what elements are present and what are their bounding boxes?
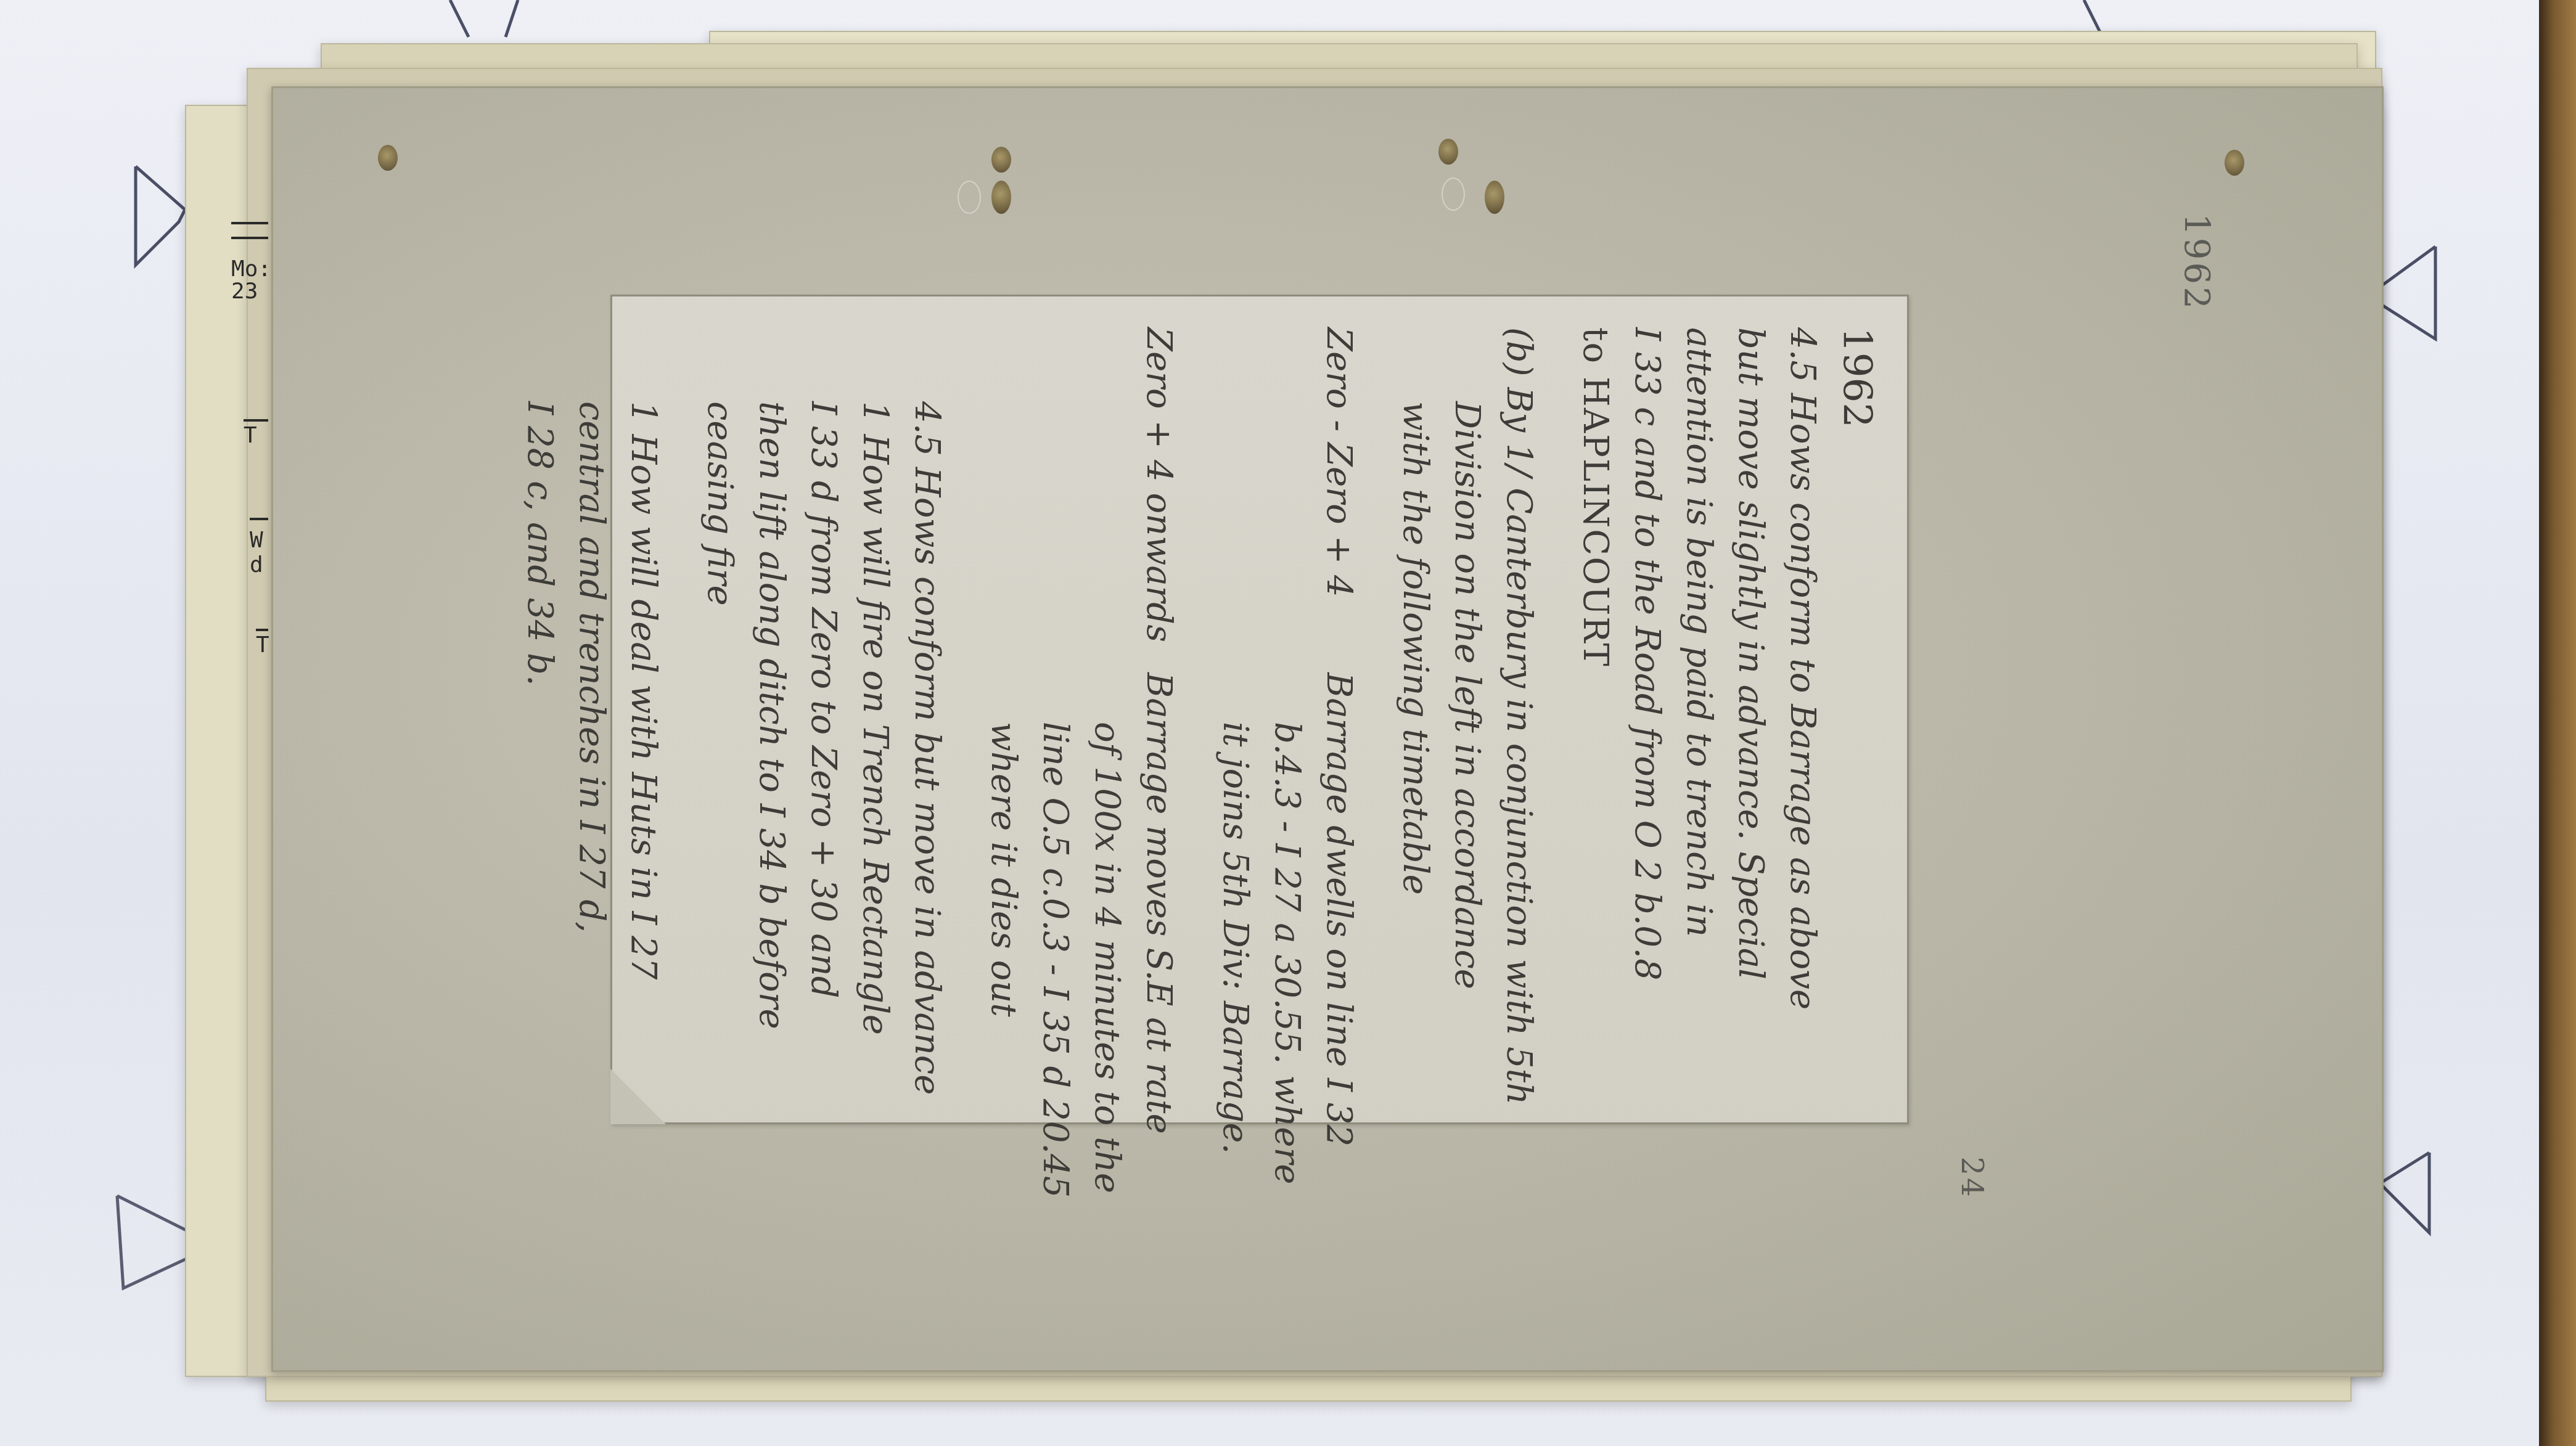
note-line: with the following timetable bbox=[1389, 327, 1441, 1092]
note-line: it joins 5th Div: Barrage. bbox=[1209, 327, 1261, 1092]
note-line: b.4.3 - I 27 a 30.55. where bbox=[1261, 327, 1313, 1092]
typed-fragment: W bbox=[250, 530, 263, 551]
note-line: where it dies out bbox=[977, 327, 1029, 1092]
pencil-triangle-left-top bbox=[123, 160, 191, 271]
note-line: I 28 c, and 34 b. bbox=[514, 327, 565, 1092]
timetable-entry-1: Zero - Zero + 4 Barrage dwells on line I… bbox=[1209, 327, 1364, 1092]
note-line: Division on the left in accordance bbox=[1441, 327, 1493, 1092]
punch-hole bbox=[378, 145, 398, 171]
note-line: 4.5 Hows conform but move in advance bbox=[901, 327, 953, 1092]
page-stamp-bottom: 24 bbox=[1955, 1156, 1989, 1199]
punch-hole-impression bbox=[958, 181, 981, 214]
note-line: to HAPLINCOURT bbox=[1569, 327, 1621, 1092]
page-stamp-top: 1962 bbox=[2176, 213, 2217, 311]
timetable-label: Zero - Zero + 4 bbox=[1313, 327, 1364, 597]
note-line: attention is being paid to trench in bbox=[1673, 327, 1725, 1092]
note-line: central and trenches in I 27 d, bbox=[565, 327, 617, 1092]
desk-edge bbox=[2539, 0, 2576, 1446]
note-line: ceasing fire bbox=[694, 327, 745, 1092]
paragraph-b: (b) By 1/ Canterbury in conjunction with… bbox=[1389, 327, 1544, 1092]
note-line: but move slightly in advance. Special bbox=[1725, 327, 1776, 1092]
note-line: 1 How will fire on Trench Rectangle bbox=[849, 327, 901, 1092]
note-line: 1 How will deal with Huts in I 27 bbox=[617, 327, 669, 1092]
typed-fragment: T bbox=[244, 425, 257, 446]
note-line: I 33 d from Zero to Zero + 30 and bbox=[797, 327, 849, 1092]
note-page-number: 1962 bbox=[1831, 327, 1882, 1092]
punch-hole bbox=[2225, 150, 2244, 176]
typed-fragment: d bbox=[250, 555, 263, 576]
typed-fragment: Mo: bbox=[231, 259, 271, 280]
paragraph-hows-1: 1 How will fire on Trench Rectangle I 33… bbox=[694, 327, 901, 1092]
typed-fragment: T bbox=[256, 635, 269, 656]
typed-fragment: 23 bbox=[231, 281, 258, 302]
punch-hole bbox=[991, 147, 1011, 173]
note-line: of 100x in 4 minutes to the bbox=[1081, 327, 1133, 1092]
timetable-entry-2: Zero + 4 onwards Barrage moves S.E at ra… bbox=[977, 327, 1184, 1092]
punch-hole bbox=[1438, 139, 1458, 165]
pencil-triangle-right-bottom bbox=[2374, 1146, 2442, 1245]
note-body: 1962 4.5 Hows conform to Barrage as abov… bbox=[612, 296, 1907, 1122]
timetable-label: Zero + 4 onwards bbox=[1133, 327, 1184, 642]
punch-hole-impression bbox=[1442, 178, 1465, 211]
note-line: 4.5 Hows conform to Barrage as above bbox=[1776, 327, 1828, 1092]
note-line: (b) By 1/ Canterbury in conjunction with… bbox=[1493, 327, 1544, 1092]
paragraph-hows-conform: 4.5 Hows conform but move in advance bbox=[901, 327, 953, 1092]
note-line: I 33 c and to the Road from O 2 b.0.8 bbox=[1621, 327, 1673, 1092]
pencil-mark-top-left bbox=[444, 0, 530, 43]
paragraph-hows-2: 1 How will deal with Huts in I 27 centra… bbox=[514, 327, 669, 1092]
note-line: line O.5 c.0.3 - I 35 d 20.45 bbox=[1029, 327, 1081, 1092]
note-line: then lift along ditch to I 34 b before bbox=[745, 327, 797, 1092]
punch-hole bbox=[991, 181, 1011, 214]
handwritten-note: 1962 4.5 Hows conform to Barrage as abov… bbox=[610, 295, 1909, 1124]
punch-hole bbox=[1485, 181, 1504, 214]
paragraph-a: 4.5 Hows conform to Barrage as above but… bbox=[1569, 327, 1828, 1092]
